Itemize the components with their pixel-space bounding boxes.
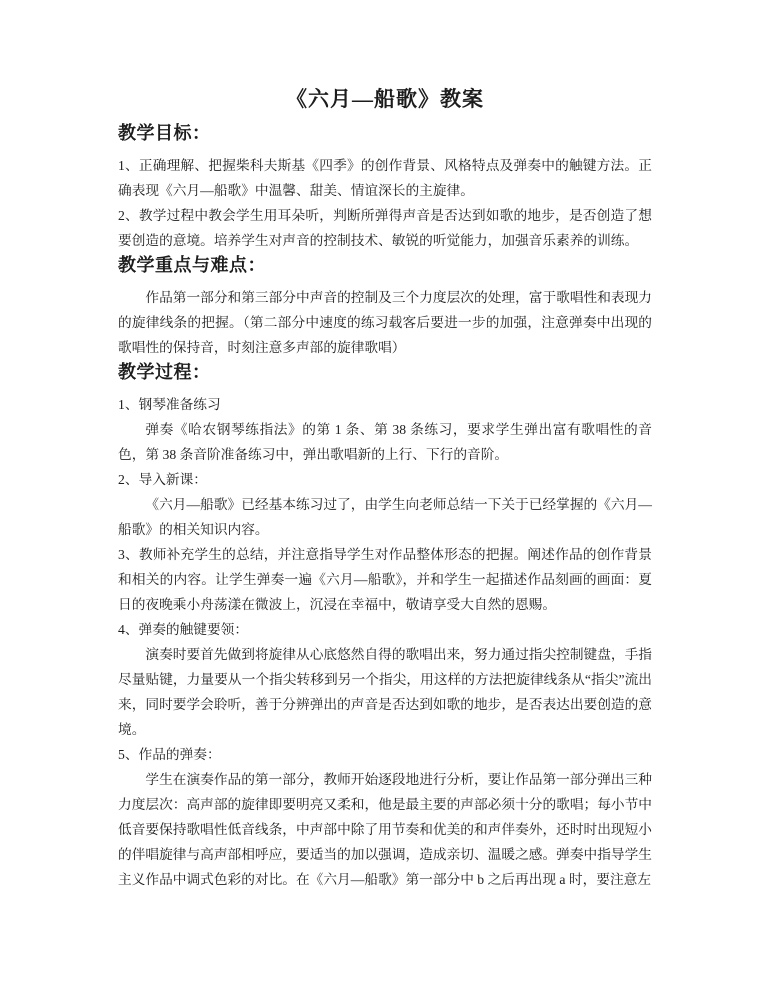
paragraph-objective-1: 1、正确理解、把握柴科夫斯基《四季》的创作背景、风格特点及弹奏中的触键方法。正确… — [118, 153, 652, 203]
section-key-points: 教学重点与难点： 作品第一部分和第三部分中声音的控制及三个力度层次的处理，富于歌… — [118, 253, 652, 360]
document-page: 《六月—船歌》教案 教学目标： 1、正确理解、把握柴科夫斯基《四季》的创作背景、… — [0, 0, 770, 1000]
section-teaching-objectives: 教学目标： 1、正确理解、把握柴科夫斯基《四季》的创作背景、风格特点及弹奏中的触… — [118, 121, 652, 253]
paragraph-step4-body: 演奏时要首先做到将旋律从心底悠然自得的歌唱出来，努力通过指尖控制键盘，手指尽量贴… — [118, 642, 652, 742]
paragraph-step5-title: 5、作品的弹奏： — [118, 742, 652, 767]
paragraph-objective-2: 2、教学过程中教会学生用耳朵听，判断所弹得声音是否达到如歌的地步，是否创造了想要… — [118, 203, 652, 253]
paragraph-step4-title: 4、弹奏的触键要领： — [118, 617, 652, 642]
section-teaching-process: 教学过程： 1、钢琴准备练习 弹奏《哈农钢琴练指法》的第 1 条、第 38 条练… — [118, 360, 652, 892]
paragraph-step2-body: 《六月—船歌》已经基本练习过了，由学生向老师总结一下关于已经掌握的《六月—船歌》… — [118, 492, 652, 542]
section-heading-objectives: 教学目标： — [118, 121, 652, 145]
paragraph-step1-title: 1、钢琴准备练习 — [118, 392, 652, 417]
section-heading-key-points: 教学重点与难点： — [118, 253, 652, 277]
section-heading-process: 教学过程： — [118, 360, 652, 384]
paragraph-step3: 3、教师补充学生的总结，并注意指导学生对作品整体形态的把握。阐述作品的创作背景和… — [118, 542, 652, 617]
paragraph-step2-title: 2、导入新课： — [118, 467, 652, 492]
doc-title: 《六月—船歌》教案 — [118, 84, 652, 114]
paragraph-key-points: 作品第一部分和第三部分中声音的控制及三个力度层次的处理，富于歌唱性和表现力的旋律… — [118, 285, 652, 360]
paragraph-step5-body: 学生在演奏作品的第一部分，教师开始逐段地进行分析，要让作品第一部分弹出三种力度层… — [118, 767, 652, 892]
paragraph-step1-body: 弹奏《哈农钢琴练指法》的第 1 条、第 38 条练习，要求学生弹出富有歌唱性的音… — [118, 417, 652, 467]
